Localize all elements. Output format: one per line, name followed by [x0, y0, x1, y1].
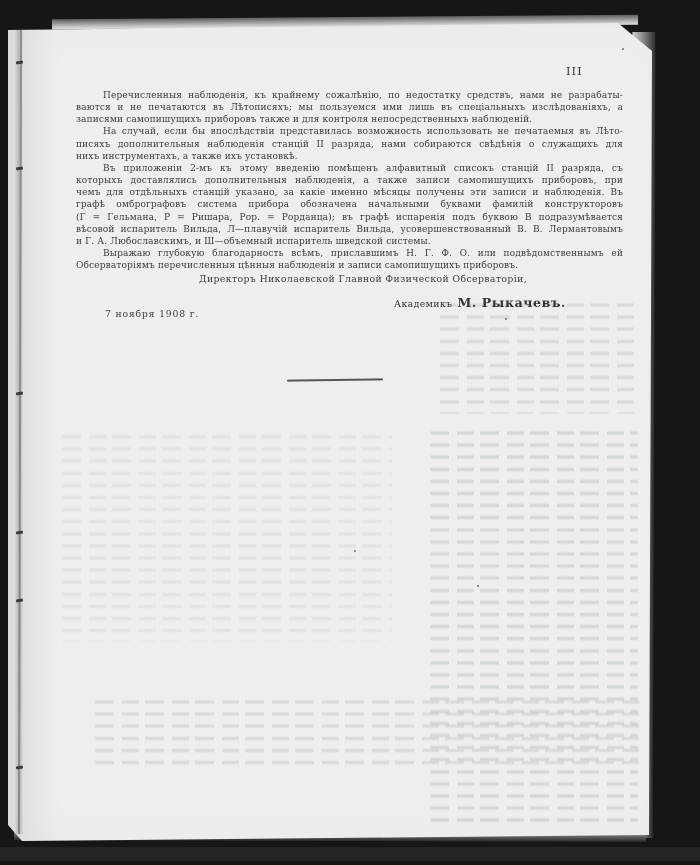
page-number: III [566, 64, 583, 78]
text-line: Въ приложеніи 2-мъ къ этому введенію пом… [76, 163, 623, 175]
text-line: и Г. А. Любославскимъ, и Ш—объемный испа… [76, 236, 623, 248]
text-line: писяхъ дополнительныя наблюденія станцій… [76, 139, 623, 151]
dust-speck [505, 318, 507, 320]
signature-rank: Академикъ [394, 299, 452, 310]
text-line: (Г = Гельмана, Р = Ришара, Рор. = Рордан… [76, 212, 623, 224]
paragraph: На случай, если бы впослѣдствіи представ… [76, 126, 623, 162]
photo-bottom-band [0, 847, 700, 861]
text-line: ваются и не печатаются въ Лѣтописяхъ; мы… [76, 102, 623, 114]
paragraph: Перечисленныя наблюденія, къ крайнему со… [76, 90, 623, 126]
text-line: графѣ омбрографовъ система прибора обозн… [76, 199, 623, 211]
paragraph: Выражаю глубокую благодарность всѣмъ, пр… [76, 248, 623, 272]
text-line: Выражаю глубокую благодарность всѣмъ, пр… [76, 248, 623, 260]
text-line: которыхъ доставлялись дополнительныя наб… [76, 175, 623, 187]
dust-speck [622, 48, 624, 50]
dust-speck [354, 550, 356, 552]
paragraph: Въ приложеніи 2-мъ къ этому введенію пом… [76, 163, 623, 248]
dust-speck [477, 585, 479, 587]
text-line: Перечисленныя наблюденія, къ крайнему со… [76, 90, 623, 102]
signature-name: М. Рыкачевъ. [457, 295, 566, 310]
book-page: III Перечисленныя наблюденія, къ крайнем… [0, 0, 700, 865]
text-line: Обсерваторіямъ перечисленныя цѣнныя набл… [76, 260, 623, 272]
text-line: чемъ для отдѣльныхъ станцій указано, за … [76, 187, 623, 199]
text-line: записями самопишущихъ приборовъ также и … [76, 114, 623, 126]
main-text-block: Перечисленныя наблюденія, къ крайнему со… [76, 90, 623, 272]
date-line: 7 ноября 1908 г. [105, 309, 199, 320]
scanned-book-photo: III Перечисленныя наблюденія, къ крайнем… [0, 0, 700, 865]
signature-line: Академикъ М. Рыкачевъ. [394, 292, 566, 311]
signature-title-line: Директоръ Николаевской Главной Физическо… [199, 274, 527, 285]
text-line: вѣсовой испаритель Вильда, Л—плавучій ис… [76, 224, 623, 236]
text-line: нихъ инструментахъ, а также ихъ установк… [76, 151, 623, 163]
text-line: На случай, если бы впослѣдствіи представ… [76, 126, 623, 138]
